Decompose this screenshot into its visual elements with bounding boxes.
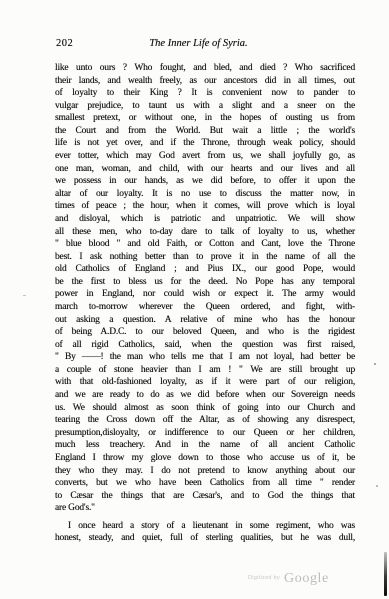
- text-line: times of peace ; the hour, when it comes…: [55, 200, 355, 213]
- text-line: be the first to bless us for the deed. N…: [55, 276, 355, 289]
- text-line: honest, steady, and quiet, full of sterl…: [55, 532, 355, 545]
- text-line: out asking a question. A relative of min…: [55, 314, 355, 327]
- text-line: ever totter, which may God avert from us…: [55, 150, 355, 163]
- text-line: and we are ready to do as we did before …: [55, 389, 355, 402]
- text-line: of loyalty to their King ? It is conveni…: [55, 87, 355, 100]
- text-line: much less treachery. And in the name of …: [55, 439, 355, 452]
- text-line: with that old-fashioned loyalty, as if i…: [55, 376, 355, 389]
- text-line: like unto ours ? Who fought, and bled, a…: [55, 62, 355, 75]
- text-line: presumption,disloyalty, or indifference …: [55, 427, 355, 440]
- scan-speck: [23, 295, 26, 296]
- text-line: life is not yet over, and if the Throne,…: [55, 137, 355, 150]
- google-logo-text: Google: [284, 571, 329, 586]
- paragraph-1: like unto ours ? Who fought, and bled, a…: [55, 62, 355, 515]
- text-line: " By ——! the man who tells me that I am …: [55, 351, 355, 364]
- page-number: 202: [56, 38, 73, 49]
- digitized-by-label: Digitized by: [248, 575, 280, 581]
- text-line: all these men, who to-day dare to talk o…: [55, 226, 355, 239]
- page-header: 202 The Inner Life of Syria.: [56, 38, 356, 53]
- text-line: they who they may. I do not pretend to k…: [55, 465, 355, 478]
- text-line: altar of our loyalty. It is no use to di…: [55, 188, 355, 201]
- body-text: like unto ours ? Who fought, and bled, a…: [55, 62, 355, 545]
- text-line: one man, woman, and child, with our hear…: [55, 163, 355, 176]
- text-line: old Catholics of England ; and Pius IX.,…: [55, 263, 355, 276]
- text-line: their lands, and wealth freely, as our a…: [55, 75, 355, 88]
- text-line: " blue blood " and old Faith, or Cotton …: [55, 238, 355, 251]
- scan-speck: [376, 485, 378, 487]
- text-line: power in England, nor could wish or expe…: [55, 288, 355, 301]
- text-line: I once heard a story of a lieutenant in …: [55, 520, 355, 533]
- text-line: the Court and from the World. But wait a…: [55, 125, 355, 138]
- text-line: tearing the Cross down off the Altar, as…: [55, 414, 355, 427]
- text-line: best. I ask nothing better than to prove…: [55, 251, 355, 264]
- text-line: us. We should almost as soon think of go…: [55, 402, 355, 415]
- text-line: and disloyal, which is patriotic and unp…: [55, 213, 355, 226]
- text-line: vulgar prejudice, to taunt us with a sli…: [55, 100, 355, 113]
- text-line: to Cæsar the things that are Cæsar's, an…: [55, 490, 355, 503]
- text-line: a couple of stone heavier than I am ! " …: [55, 364, 355, 377]
- running-title: The Inner Life of Syria.: [96, 38, 301, 49]
- google-watermark: Digitized by Google: [248, 569, 329, 589]
- text-line: we possess in our hands, as we did befor…: [55, 175, 355, 188]
- text-line: of being A.D.C. to our beloved Queen, an…: [55, 326, 355, 339]
- scan-speck: [374, 363, 376, 365]
- paragraph-2: I once heard a story of a lieutenant in …: [55, 520, 355, 545]
- text-line: England I throw my glove down to those w…: [55, 452, 355, 465]
- text-line: converts, but we who have been Catholics…: [55, 477, 355, 490]
- scan-edge-artifact: [384, 552, 387, 596]
- text-line: smallest pretext, or without one, in the…: [55, 112, 355, 125]
- book-page-scan: 202 The Inner Life of Syria. like unto o…: [0, 0, 389, 599]
- text-line: of all rigid Catholics, said, when the q…: [55, 339, 355, 352]
- text-line: are God's.": [55, 502, 355, 515]
- text-line: march to-morrow wherever the Queen order…: [55, 301, 355, 314]
